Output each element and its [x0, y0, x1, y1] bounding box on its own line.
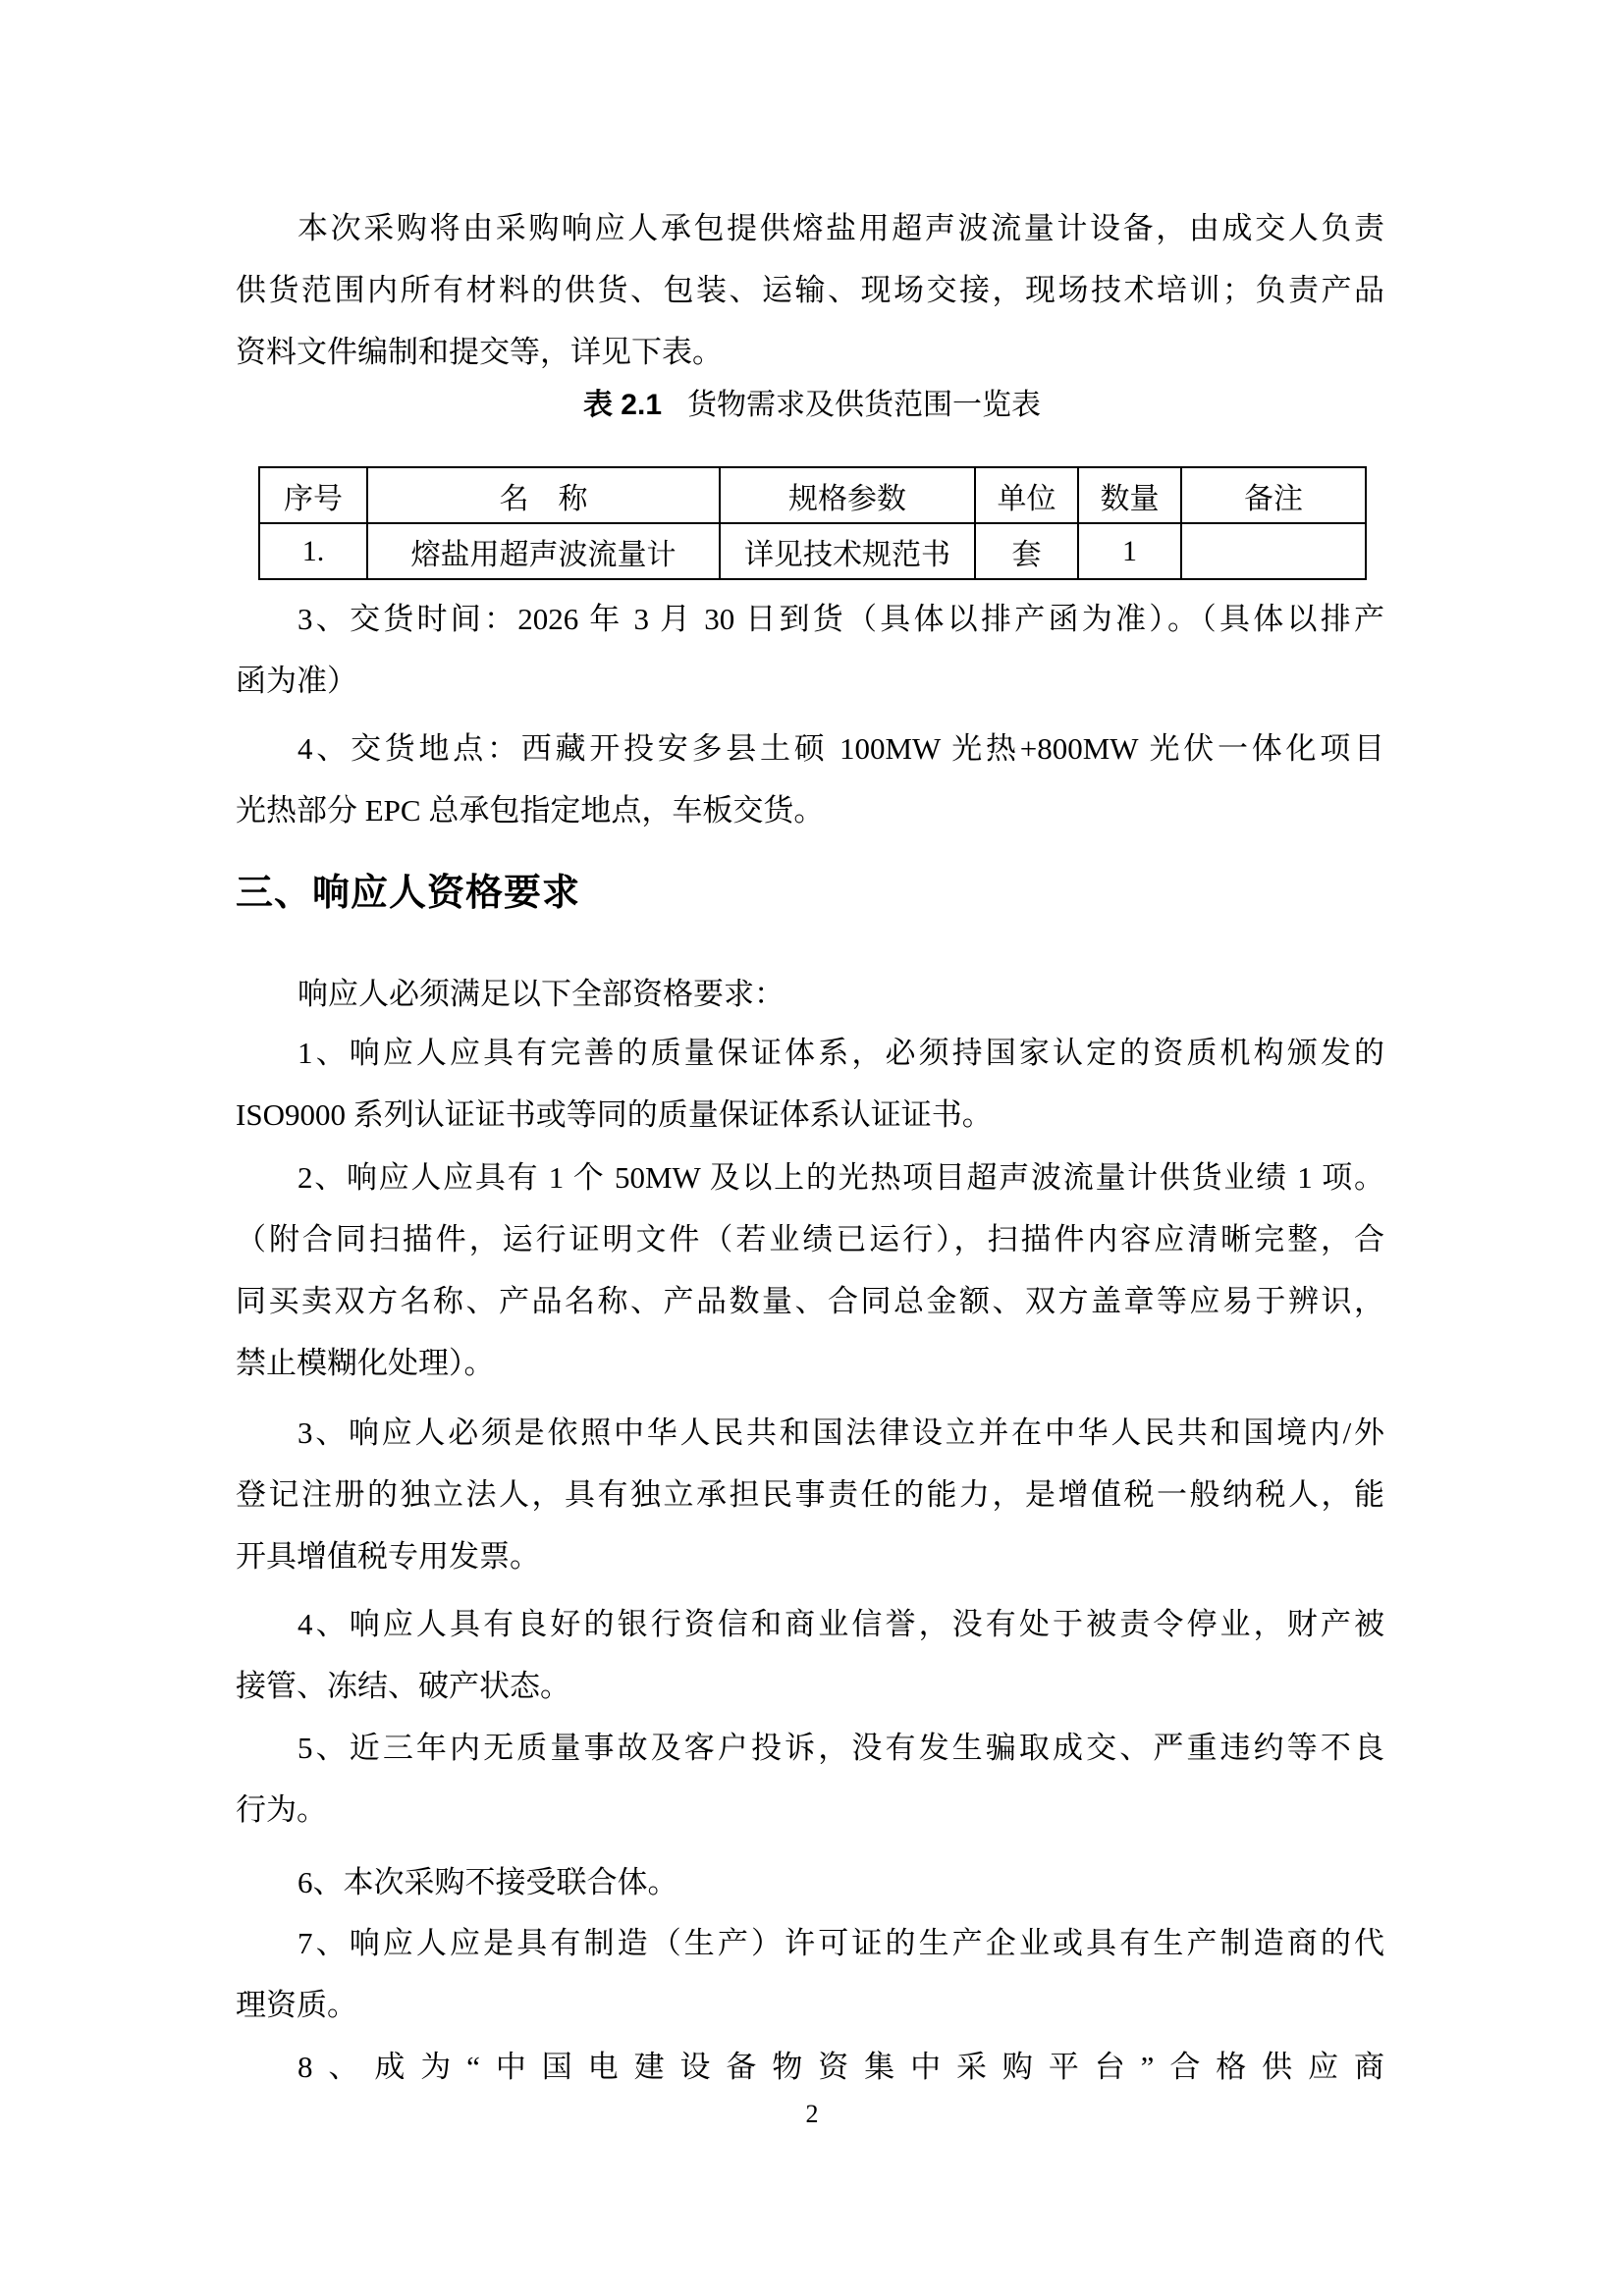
paragraph-line: 资料文件编制和提交等，详见下表。	[236, 321, 1384, 383]
section-heading: 三、响应人资格要求	[236, 868, 1384, 919]
requirement-item-3: 3、响应人必须是依照中华人民共和国法律设立并在中华人民共和国境内/外 登记注册的…	[236, 1402, 1384, 1587]
paragraph-line: 函为准）	[236, 650, 1384, 712]
paragraph-line: （附合同扫描件，运行证明文件（若业绩已运行），扫描件内容应清晰完整，合	[236, 1208, 1384, 1270]
requirement-item-2: 2、响应人应具有 1 个 50MW 及以上的光热项目超声波流量计供货业绩 1 项…	[236, 1147, 1384, 1394]
paragraph-line: 4、响应人具有良好的银行资信和商业信誉，没有处于被责令停业，财产被	[236, 1593, 1384, 1655]
paragraph-line: 禁止模糊化处理）。	[236, 1332, 1384, 1394]
paragraph-line: 理资质。	[236, 1974, 1384, 2036]
paragraph-line: 8、成为“中国电建设备物资集中采购平台”合格供应商	[236, 2036, 1384, 2098]
intro-paragraph: 本次采购将由采购响应人承包提供熔盐用超声波流量计设备，由成交人负责 供货范围内所…	[236, 197, 1384, 383]
requirement-item-4: 4、响应人具有良好的银行资信和商业信誉，没有处于被责令停业，财产被 接管、冻结、…	[236, 1593, 1384, 1717]
paragraph-line: 3、交货时间：2026 年 3 月 30 日到货（具体以排产函为准）。（具体以排…	[236, 588, 1384, 650]
paragraph-line: 光热部分 EPC 总承包指定地点，车板交货。	[236, 779, 1384, 841]
delivery-location-paragraph: 4、交货地点：西藏开投安多县土硕 100MW 光热+800MW 光伏一体化项目 …	[236, 718, 1384, 841]
paragraph-line: 开具增值税专用发票。	[236, 1525, 1384, 1587]
goods-table-row: 1. 熔盐用超声波流量计 详见技术规范书 套 1	[259, 523, 1366, 579]
paragraph-line: 响应人必须满足以下全部资格要求：	[236, 963, 1384, 1025]
cell-remark	[1181, 523, 1366, 579]
paragraph-line: 行为。	[236, 1779, 1384, 1841]
cell-spec: 详见技术规范书	[720, 523, 975, 579]
header-cell-name: 名 称	[367, 467, 720, 523]
paragraph-line: 7、响应人应是具有制造（生产）许可证的生产企业或具有生产制造商的代	[236, 1912, 1384, 1974]
table-caption: 表 2.1货物需求及供货范围一览表	[0, 383, 1624, 427]
table-caption-label: 表 2.1	[583, 389, 662, 421]
requirement-item-7: 7、响应人应是具有制造（生产）许可证的生产企业或具有生产制造商的代 理资质。	[236, 1912, 1384, 2036]
paragraph-line: 3、响应人必须是依照中华人民共和国法律设立并在中华人民共和国境内/外	[236, 1402, 1384, 1464]
goods-table-header-row: 序号 名 称 规格参数 单位 数量 备注	[259, 467, 1366, 523]
table-caption-title: 货物需求及供货范围一览表	[687, 389, 1041, 421]
paragraph-line: 2、响应人应具有 1 个 50MW 及以上的光热项目超声波流量计供货业绩 1 项…	[236, 1147, 1384, 1208]
requirement-item-1: 1、响应人应具有完善的质量保证体系，必须持国家认定的资质机构颁发的 ISO900…	[236, 1022, 1384, 1146]
paragraph-line: 本次采购将由采购响应人承包提供熔盐用超声波流量计设备，由成交人负责	[236, 197, 1384, 259]
header-cell-seq: 序号	[259, 467, 367, 523]
paragraph-line: 供货范围内所有材料的供货、包装、运输、现场交接，现场技术培训；负责产品	[236, 259, 1384, 321]
paragraph-line: 1、响应人应具有完善的质量保证体系，必须持国家认定的资质机构颁发的	[236, 1022, 1384, 1084]
document-page: 本次采购将由采购响应人承包提供熔盐用超声波流量计设备，由成交人负责 供货范围内所…	[0, 0, 1624, 2296]
goods-table: 序号 名 称 规格参数 单位 数量 备注 1. 熔盐用超声波流量计 详见技术规范…	[258, 466, 1367, 580]
requirement-item-5: 5、近三年内无质量事故及客户投诉，没有发生骗取成交、严重违约等不良 行为。	[236, 1717, 1384, 1841]
delivery-time-paragraph: 3、交货时间：2026 年 3 月 30 日到货（具体以排产函为准）。（具体以排…	[236, 588, 1384, 712]
header-cell-qty: 数量	[1078, 467, 1181, 523]
paragraph-line: 5、近三年内无质量事故及客户投诉，没有发生骗取成交、严重违约等不良	[236, 1717, 1384, 1779]
paragraph-line: 6、本次采购不接受联合体。	[236, 1851, 1384, 1913]
paragraph-line: 4、交货地点：西藏开投安多县土硕 100MW 光热+800MW 光伏一体化项目	[236, 718, 1384, 779]
paragraph-line: 登记注册的独立法人，具有独立承担民事责任的能力，是增值税一般纳税人，能	[236, 1464, 1384, 1525]
paragraph-line: 接管、冻结、破产状态。	[236, 1655, 1384, 1717]
paragraph-line: ISO9000 系列认证证书或等同的质量保证体系认证证书。	[236, 1084, 1384, 1146]
page-number: 2	[0, 2097, 1624, 2132]
requirement-item-6: 6、本次采购不接受联合体。	[236, 1851, 1384, 1913]
section-intro-paragraph: 响应人必须满足以下全部资格要求：	[236, 963, 1384, 1025]
header-cell-unit: 单位	[975, 467, 1078, 523]
cell-name: 熔盐用超声波流量计	[367, 523, 720, 579]
header-cell-spec: 规格参数	[720, 467, 975, 523]
cell-seq: 1.	[259, 523, 367, 579]
paragraph-line: 同买卖双方名称、产品名称、产品数量、合同总金额、双方盖章等应易于辨识，	[236, 1270, 1384, 1332]
header-cell-remark: 备注	[1181, 467, 1366, 523]
cell-qty: 1	[1078, 523, 1181, 579]
requirement-item-8: 8、成为“中国电建设备物资集中采购平台”合格供应商	[236, 2036, 1384, 2098]
cell-unit: 套	[975, 523, 1078, 579]
